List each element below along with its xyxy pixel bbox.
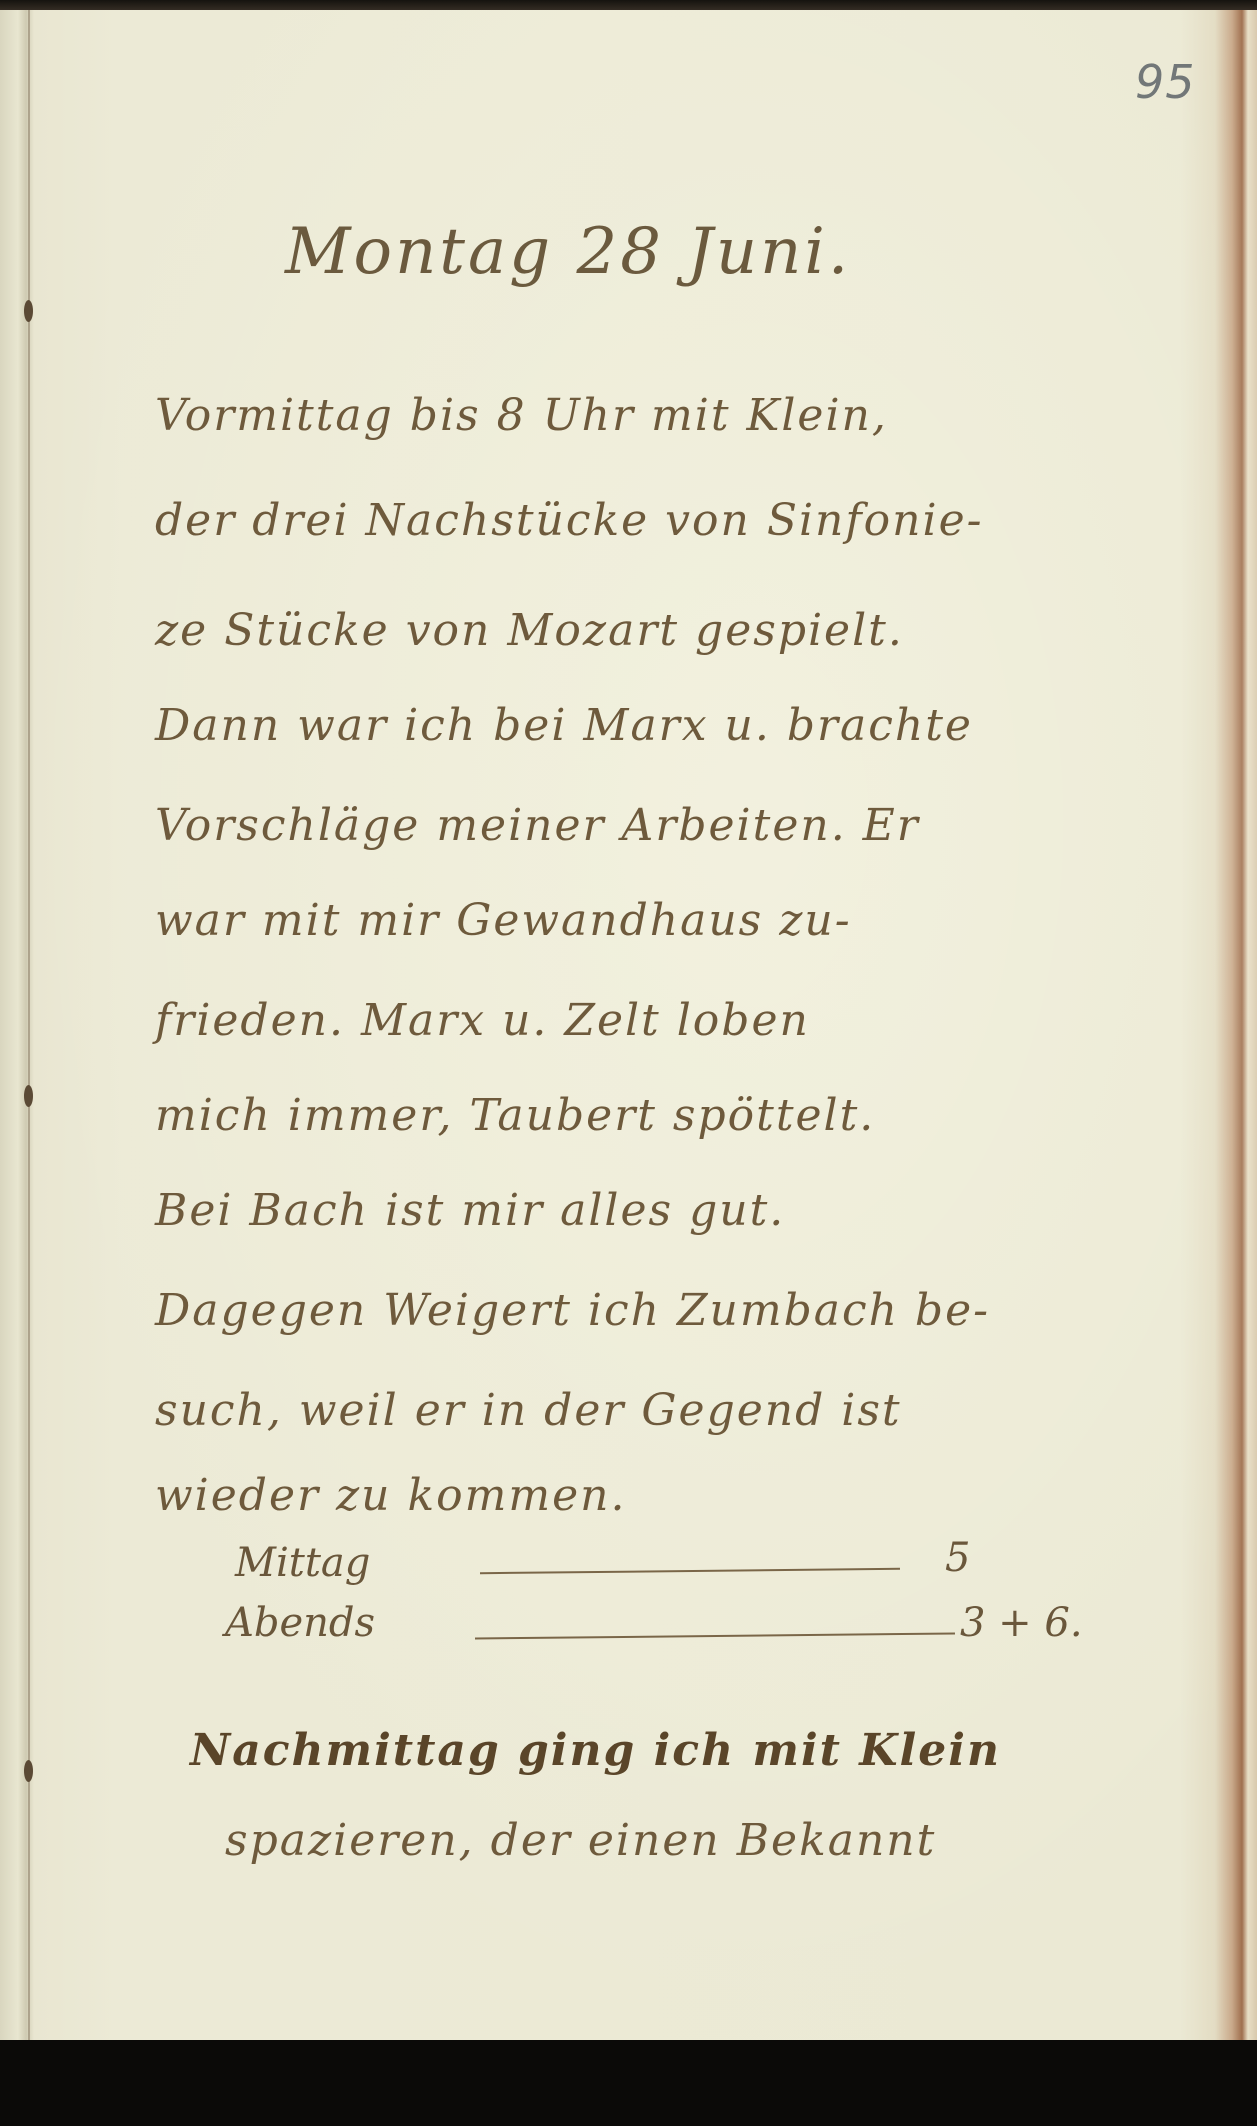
body-line: such, weil er in der Gegend ist xyxy=(155,1385,902,1436)
binding-stitch xyxy=(24,300,33,322)
body-line: Bei Bach ist mir alles gut. xyxy=(155,1185,785,1236)
closing-line: spazieren, der einen Bekannt xyxy=(225,1815,936,1866)
binding-stitch xyxy=(24,1760,33,1782)
body-line: der drei Nachstücke von Sinfonie- xyxy=(155,495,983,546)
body-line: war mit mir Gewandhaus zu- xyxy=(155,895,852,946)
body-line: Vormittag bis 8 Uhr mit Klein, xyxy=(155,390,888,441)
account-label-abends: Abends xyxy=(225,1600,375,1646)
account-value-abends: 3 + 6. xyxy=(960,1600,1083,1646)
body-line: Dagegen Weigert ich Zumbach be- xyxy=(155,1285,990,1336)
body-line: frieden. Marx u. Zelt loben xyxy=(155,995,810,1046)
body-line: ze Stücke von Mozart gespielt. xyxy=(155,605,904,656)
folio-number: 95 xyxy=(1135,55,1196,109)
scan-bottom-edge xyxy=(0,2040,1257,2126)
account-label-mittag: Mittag xyxy=(235,1540,370,1586)
closing-line: Nachmittag ging ich mit Klein xyxy=(190,1725,1001,1776)
body-line: Dann war ich bei Marx u. brachte xyxy=(155,700,973,751)
body-line: wieder zu kommen. xyxy=(155,1470,626,1521)
binding-stitch xyxy=(24,1085,33,1107)
entry-heading: Montag 28 Juni. xyxy=(285,215,851,289)
body-line: Vorschläge meiner Arbeiten. Er xyxy=(155,800,920,851)
account-value-mittag: 5 xyxy=(945,1535,970,1581)
body-line: mich immer, Taubert spöttelt. xyxy=(155,1090,875,1141)
